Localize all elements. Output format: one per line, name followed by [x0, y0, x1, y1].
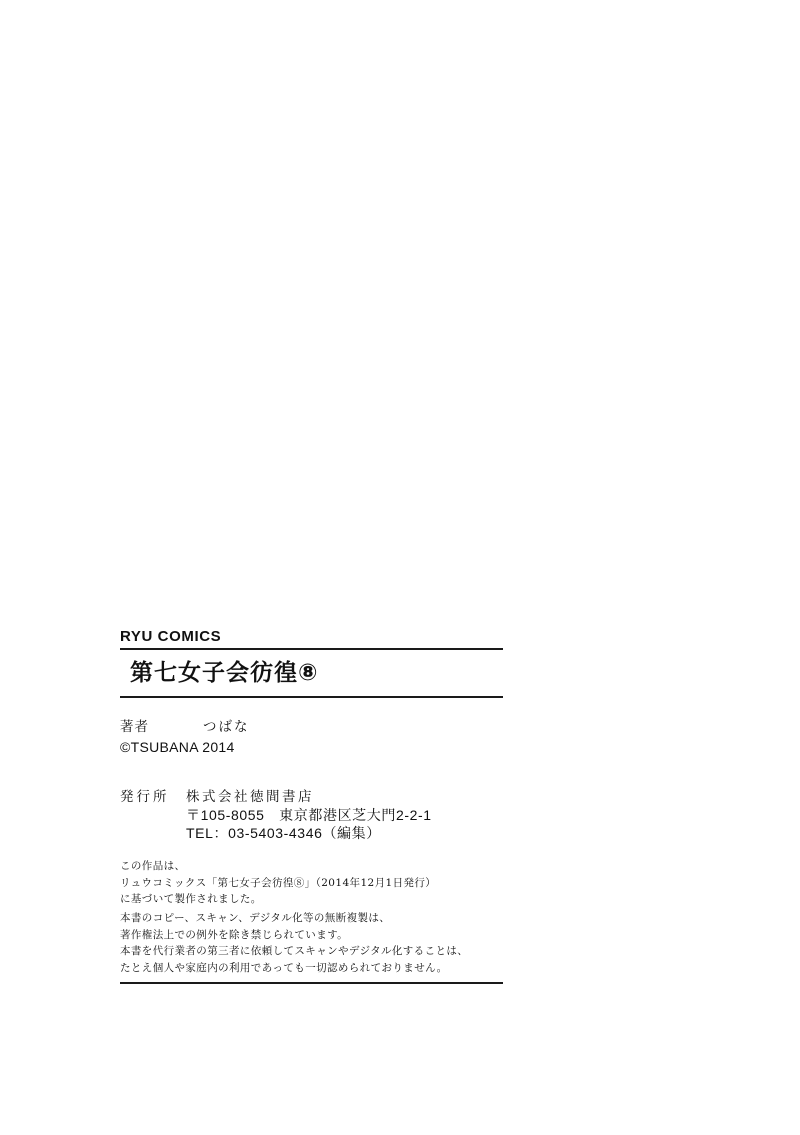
legal-notice-line: 本書のコピー、スキャン、デジタル化等の無断複製は、 — [120, 910, 468, 927]
imprint-label: RYU COMICS — [120, 628, 221, 646]
source-note-line: に基づいて製作されました。 — [120, 891, 436, 908]
legal-notice-line: たとえ個人や家庭内の利用であっても一切認められておりません。 — [120, 960, 468, 977]
title-divider — [120, 696, 503, 698]
legal-notice: 本書のコピー、スキャン、デジタル化等の無断複製は、 著作権法上での例外を除き禁じ… — [120, 910, 468, 976]
source-note-line: リュウコミックス「第七女子会彷徨⑧」（2014年12月1日発行） — [120, 875, 436, 892]
top-divider — [120, 648, 503, 650]
publisher-address: 〒105-8055 東京都港区芝大門2-2-1 — [186, 807, 432, 824]
bottom-divider — [120, 982, 503, 984]
publisher-label: 発行所 — [120, 789, 170, 806]
author-name: つばな — [203, 719, 250, 736]
publisher-name: 株式会社徳間書店 — [186, 789, 314, 806]
source-note: この作品は、 リュウコミックス「第七女子会彷徨⑧」（2014年12月1日発行） … — [120, 858, 436, 908]
legal-notice-line: 著作権法上での例外を除き禁じられています。 — [120, 927, 468, 944]
book-title: 第七女子会彷徨⑧ — [130, 659, 318, 687]
legal-notice-line: 本書を代行業者の第三者に依頼してスキャンやデジタル化することは、 — [120, 943, 468, 960]
source-note-line: この作品は、 — [120, 858, 436, 875]
publisher-phone: TEL：03-5403-4346（編集） — [186, 825, 381, 842]
colophon: RYU COMICS 第七女子会彷徨⑧ 著者 つばな ©TSUBANA 2014… — [120, 0, 504, 1135]
author-label: 著者 — [120, 719, 149, 736]
copyright-notice: ©TSUBANA 2014 — [120, 739, 235, 756]
